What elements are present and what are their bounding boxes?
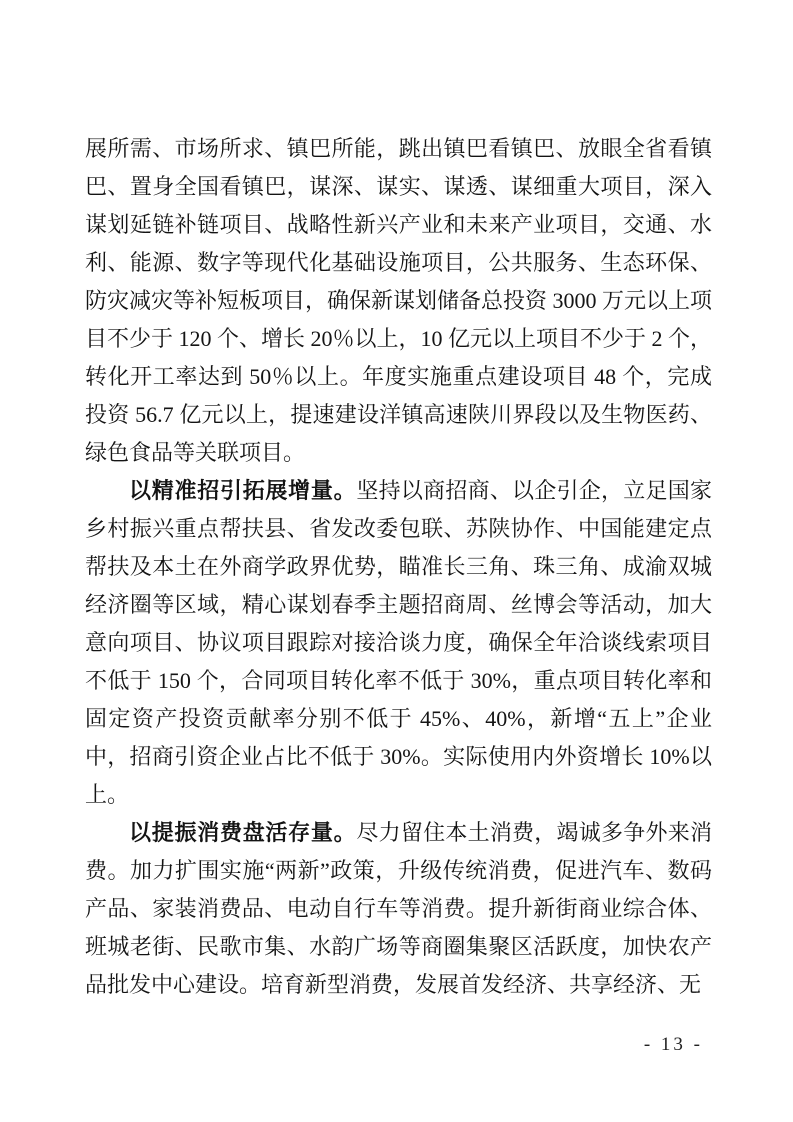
paragraph-consumption: 以提振消费盘活存量。尽力留住本土消费，竭诚多争外来消费。加力扩围实施“两新”政策… [85,814,712,1004]
paragraph-text: 展所需、市场所求、镇巴所能，跳出镇巴看镇巴、放眼全省看镇巴、置身全国看镇巴，谋深… [85,136,712,465]
document-body: 展所需、市场所求、镇巴所能，跳出镇巴看镇巴、放眼全省看镇巴、置身全国看镇巴，谋深… [85,130,712,1004]
paragraph-text: 坚持以商招商、以企引企，立足国家乡村振兴重点帮扶县、省发改委包联、苏陕协作、中国… [85,478,712,807]
paragraph-lead: 以精准招引拓展增量。 [129,478,356,503]
paragraph-investment-attraction: 以精准招引拓展增量。坚持以商招商、以企引企，立足国家乡村振兴重点帮扶县、省发改委… [85,472,712,814]
paragraph-lead: 以提振消费盘活存量。 [129,820,356,845]
paragraph-text: 尽力留住本土消费，竭诚多争外来消费。加力扩围实施“两新”政策，升级传统消费，促进… [85,820,712,997]
page-number: - 13 - [644,1034,703,1056]
document-page: 展所需、市场所求、镇巴所能，跳出镇巴看镇巴、放眼全省看镇巴、置身全国看镇巴，谋深… [0,0,793,1122]
paragraph-continuation: 展所需、市场所求、镇巴所能，跳出镇巴看镇巴、放眼全省看镇巴、置身全国看镇巴，谋深… [85,130,712,472]
